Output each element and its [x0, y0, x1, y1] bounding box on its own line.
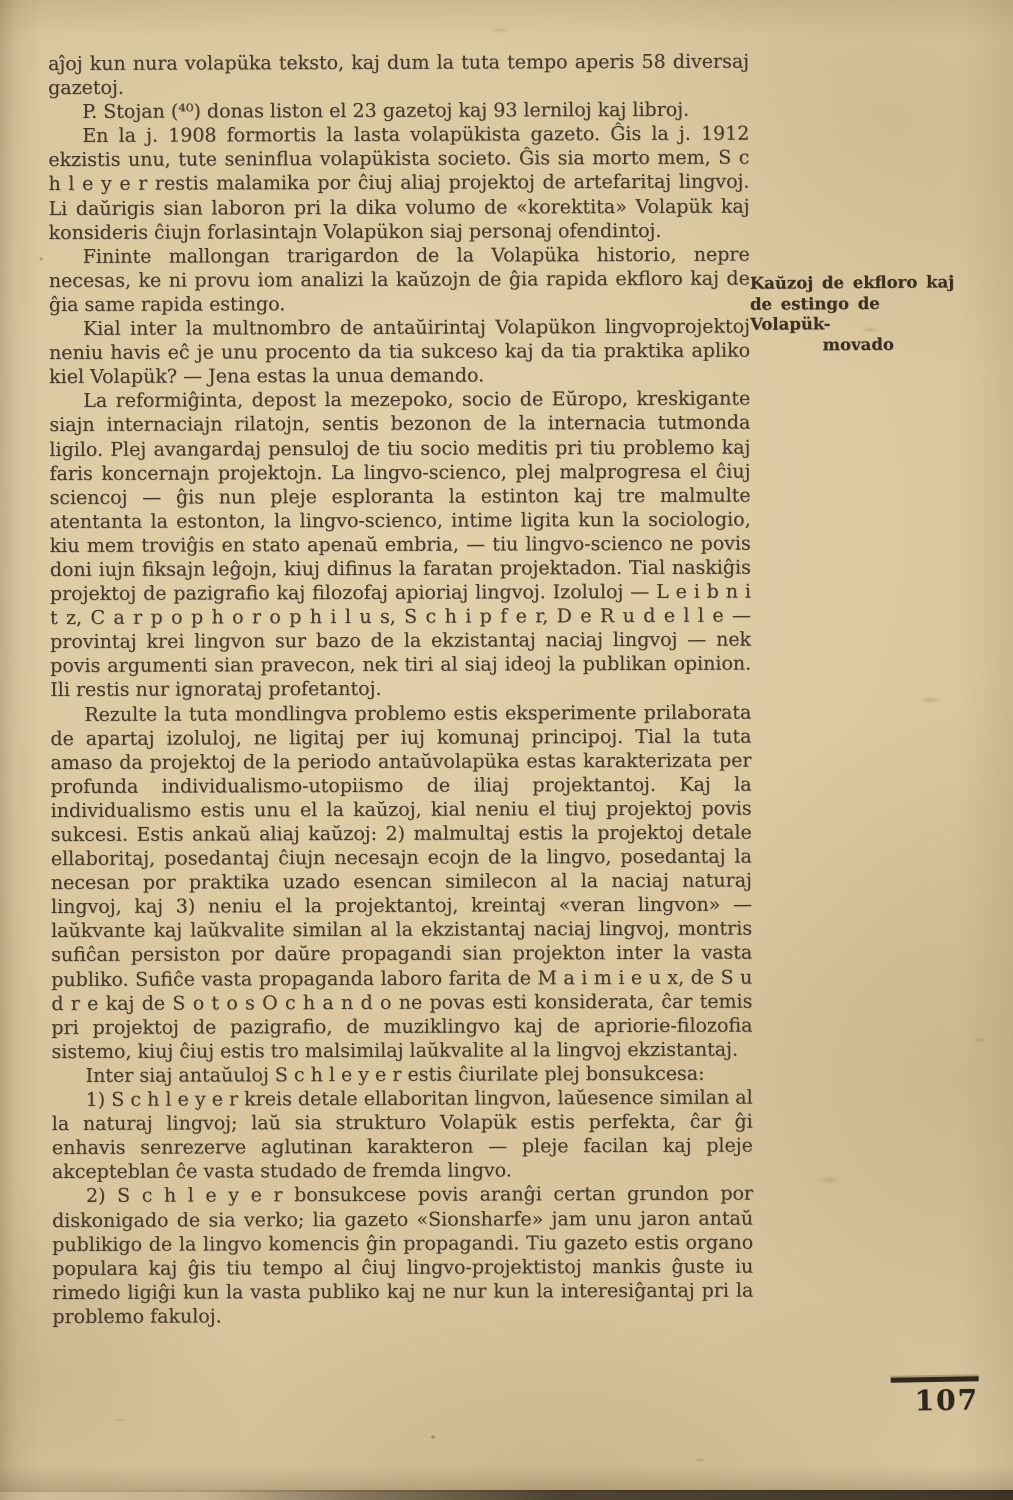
paragraph: Kial inter la multnombro de antaŭirintaj…	[49, 315, 750, 390]
paragraph: 2) S c h l e y e r bonsukcese povis aran…	[52, 1182, 754, 1329]
margin-note-line: movado	[750, 334, 966, 356]
body-text-column: aĵoj kun nura volapüka teksto, kaj dum l…	[48, 50, 753, 1329]
paragraph: P. Stojan (⁴⁰) donas liston el 23 gazeto…	[48, 98, 749, 125]
page-number-block: 107	[891, 1376, 980, 1417]
paragraph: La reformiĝinta, depost la mezepoko, soc…	[49, 387, 751, 703]
page-bottom-shadow	[0, 1466, 1013, 1492]
paragraph: Inter siaj antaŭuloj S c h l e y e r est…	[52, 1061, 753, 1088]
paragraph: Rezulte la tuta mondlingva problemo esti…	[50, 700, 752, 1064]
margin-note: Kaŭzoj de ekfloro kaj de estingo de Vola…	[750, 272, 967, 356]
margin-note-line: Kaŭzoj de ekfloro kaj	[750, 272, 966, 294]
page-number-rule	[891, 1376, 979, 1382]
paragraph: aĵoj kun nura volapüka teksto, kaj dum l…	[48, 50, 749, 101]
page-bottom-edge	[0, 1490, 1013, 1500]
page-number: 107	[891, 1383, 980, 1418]
paragraph: En la j. 1908 formortis la lasta volapük…	[48, 122, 749, 245]
book-page: aĵoj kun nura volapüka teksto, kaj dum l…	[0, 0, 1013, 1500]
paragraph: 1) S c h l e y e r kreis detale ellabori…	[52, 1086, 753, 1185]
paragraph: Fininte mallongan trarigardon de la Vola…	[49, 242, 750, 317]
margin-note-line: de estingo de Volapük-	[750, 293, 966, 336]
